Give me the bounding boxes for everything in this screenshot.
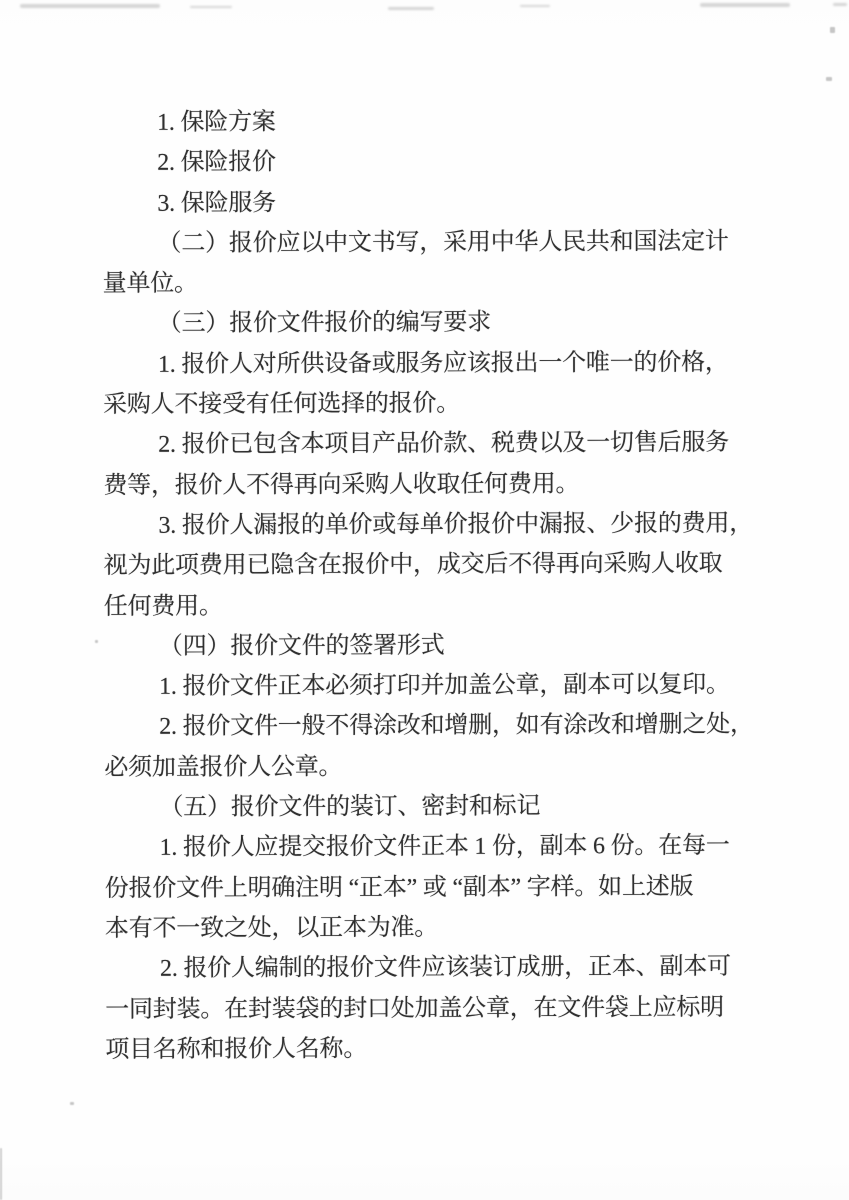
text-line: （四）报价文件的签署形式 bbox=[104, 624, 804, 667]
text-line: 2. 报价人编制的报价文件应该装订成册，正本、副本可 bbox=[105, 947, 805, 990]
scan-edge-artifact bbox=[833, 3, 847, 6]
document-text: 1. 保险方案2. 保险报价3. 保险服务（二）报价应以中文书写，采用中华人民共… bbox=[102, 101, 805, 1071]
text-line: 必须加盖报价人公章。 bbox=[104, 745, 804, 788]
text-line: 项目名称和报价人名称。 bbox=[105, 1027, 805, 1070]
scan-edge-artifact bbox=[190, 6, 232, 8]
text-line: （五）报价文件的装订、密封和标记 bbox=[104, 786, 804, 829]
scan-speck bbox=[830, 27, 835, 33]
scan-speck bbox=[826, 77, 832, 81]
text-line: 2. 报价已包含本项目产品价款、税费以及一切售后服务 bbox=[103, 423, 803, 466]
text-line: 1. 报价人应提交报价文件正本 1 份，副本 6 份。在每一 bbox=[105, 826, 805, 869]
text-line: 费等，报价人不得再向采购人收取任何费用。 bbox=[103, 463, 803, 506]
text-line: 本有不一致之处，以正本为准。 bbox=[105, 906, 805, 949]
text-line: 2. 保险报价 bbox=[102, 141, 802, 184]
scan-speck bbox=[0, 1148, 2, 1200]
text-line: 1. 保险方案 bbox=[102, 101, 802, 144]
text-line: （二）报价应以中文书写，采用中华人民共和国法定计 bbox=[102, 221, 802, 264]
text-line: 量单位。 bbox=[103, 262, 803, 305]
text-line: 份报价文件上明确注明 “正本” 或 “副本” 字样。如上述版 bbox=[105, 866, 805, 909]
text-line: 1. 报价人对所供设备或服务应该报出一个唯一的价格， bbox=[103, 342, 803, 385]
text-line: （三）报价文件报价的编写要求 bbox=[103, 302, 803, 345]
text-line: 3. 保险服务 bbox=[102, 181, 802, 224]
scan-speck bbox=[95, 640, 98, 643]
text-line: 3. 报价人漏报的单价或每单价报价中漏报、少报的费用， bbox=[103, 504, 803, 547]
text-line: 视为此项费用已隐含在报价中，成交后不得再向采购人收取 bbox=[104, 544, 804, 587]
scan-speck bbox=[70, 1102, 74, 1105]
scan-edge-artifact bbox=[388, 7, 434, 10]
scanned-document-page: 1. 保险方案2. 保险报价3. 保险服务（二）报价应以中文书写，采用中华人民共… bbox=[0, 0, 849, 1200]
scan-edge-artifact bbox=[520, 5, 550, 7]
scan-edge-artifact bbox=[700, 3, 790, 7]
text-line: 2. 报价文件一般不得涂改和增删，如有涂改和增删之处， bbox=[104, 705, 804, 748]
text-line: 采购人不接受有任何选择的报价。 bbox=[103, 383, 803, 426]
scan-edge-artifact bbox=[20, 4, 160, 8]
text-line: 一同封装。在封装袋的封口处加盖公章，在文件袋上应标明 bbox=[105, 987, 805, 1030]
text-line: 1. 报价文件正本必须打印并加盖公章，副本可以复印。 bbox=[104, 665, 804, 708]
text-line: 任何费用。 bbox=[104, 584, 804, 627]
